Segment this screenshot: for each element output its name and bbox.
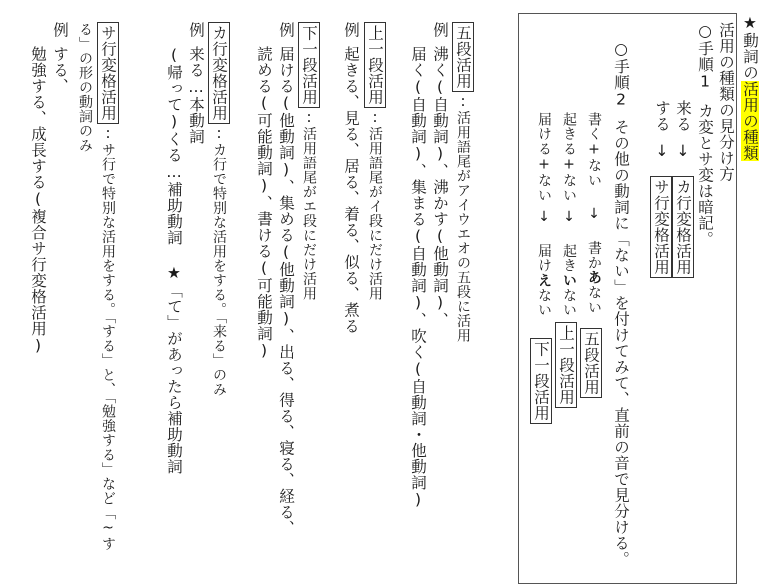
step2-row-okiru: 起きる+ない↓起きいない xyxy=(559,112,579,318)
term-shimo-ichidan: 下一段活用 xyxy=(298,22,320,108)
arrow-down-icon: ↓ xyxy=(586,206,602,223)
section-kahen-example-2: (帰って)くる…補助動詞 ★「て」があったら補助動詞 xyxy=(164,46,184,475)
section-shimo-heading: 下一段活用:活用語尾がエ段にだけ活用 xyxy=(298,22,320,301)
term-ka-hen: カ行変格活用 xyxy=(208,22,230,124)
section-sahen-heading-cont: る」の形の動詞のみ xyxy=(75,22,95,153)
tag-godan: 五段活用 xyxy=(580,328,602,398)
step1-row-kuru: 来る↓ xyxy=(673,100,693,161)
tag-sa-hen: サ行変格活用 xyxy=(650,176,672,278)
arrow-down-icon: ↓ xyxy=(536,209,552,226)
term-kami-ichidan: 上一段活用 xyxy=(364,22,386,108)
section-godan-heading: 五段活用:活用語尾がアイウエオの五段に活用 xyxy=(452,22,474,343)
title-highlight: 活用の種類 xyxy=(741,81,759,161)
step2-row-todokeru: 届ける+ない↓届けえない xyxy=(534,112,554,318)
section-kahen-heading: カ行変格活用:カ行で特別な活用をする。「来る」のみ xyxy=(208,22,230,397)
step2-line: ○手順2その他の動詞に「ない」を付けてみて、直前の音で見分ける。 xyxy=(611,40,631,567)
step1-row-suru: する↓ xyxy=(652,100,672,161)
page-title: ★動詞の活用の種類 xyxy=(740,14,760,161)
section-sahen-heading: サ行変格活用:サ行で特別な活用をする。「する」と、「勉強する」など「~す xyxy=(97,22,119,551)
term-sa-hen: サ行変格活用 xyxy=(97,22,119,124)
arrow-down-icon: ↓ xyxy=(653,142,671,161)
section-kami-example: 例起きる、見る、居る、着る、似る、煮る xyxy=(341,22,361,334)
box-heading: 活用の種類の見分け方 xyxy=(716,22,736,182)
step2-row-kaku: 書く+ない↓書かあない xyxy=(584,112,604,315)
tag-kami-ichidan: 上一段活用 xyxy=(555,322,577,408)
step1-line: ○手順1カ変とサ変は暗記。 xyxy=(695,22,715,247)
section-kami-heading: 上一段活用:活用語尾がイ段にだけ活用 xyxy=(364,22,386,301)
term-godan: 五段活用 xyxy=(452,22,474,92)
section-godan-example-1: 例沸く(自動詞)、沸かす(他動詞)、 xyxy=(430,22,450,328)
step1-label: ○手順1 xyxy=(696,22,714,91)
tag-ka-hen: カ行変格活用 xyxy=(672,176,694,278)
arrow-down-icon: ↓ xyxy=(561,209,577,226)
section-sahen-example-2: 勉強する、成長する(複合サ行変格活用) xyxy=(28,46,48,355)
section-shimo-example-2: 読める(可能動詞)、書ける(可能動詞) xyxy=(254,46,274,360)
section-kahen-example-1: 例来る…本動詞 xyxy=(186,22,206,145)
section-sahen-example-1: 例する、 xyxy=(50,22,70,94)
arrow-down-icon: ↓ xyxy=(674,142,692,161)
section-shimo-example-1: 例届ける(他動詞)、集める(他動詞)、出る、得る、寝る、経る、 xyxy=(276,22,296,536)
section-godan-example-2: 届く(自動詞)、集まる(自動詞)、吹く(自動詞・他動詞) xyxy=(408,46,428,509)
step1-text: カ変とサ変は暗記。 xyxy=(696,103,714,247)
tag-shimo-ichidan: 下一段活用 xyxy=(530,338,552,424)
step2-text: その他の動詞に「ない」を付けてみて、直前の音で見分ける。 xyxy=(612,119,630,567)
step2-label: ○手順2 xyxy=(612,40,630,109)
star-icon: ★ xyxy=(741,14,759,33)
